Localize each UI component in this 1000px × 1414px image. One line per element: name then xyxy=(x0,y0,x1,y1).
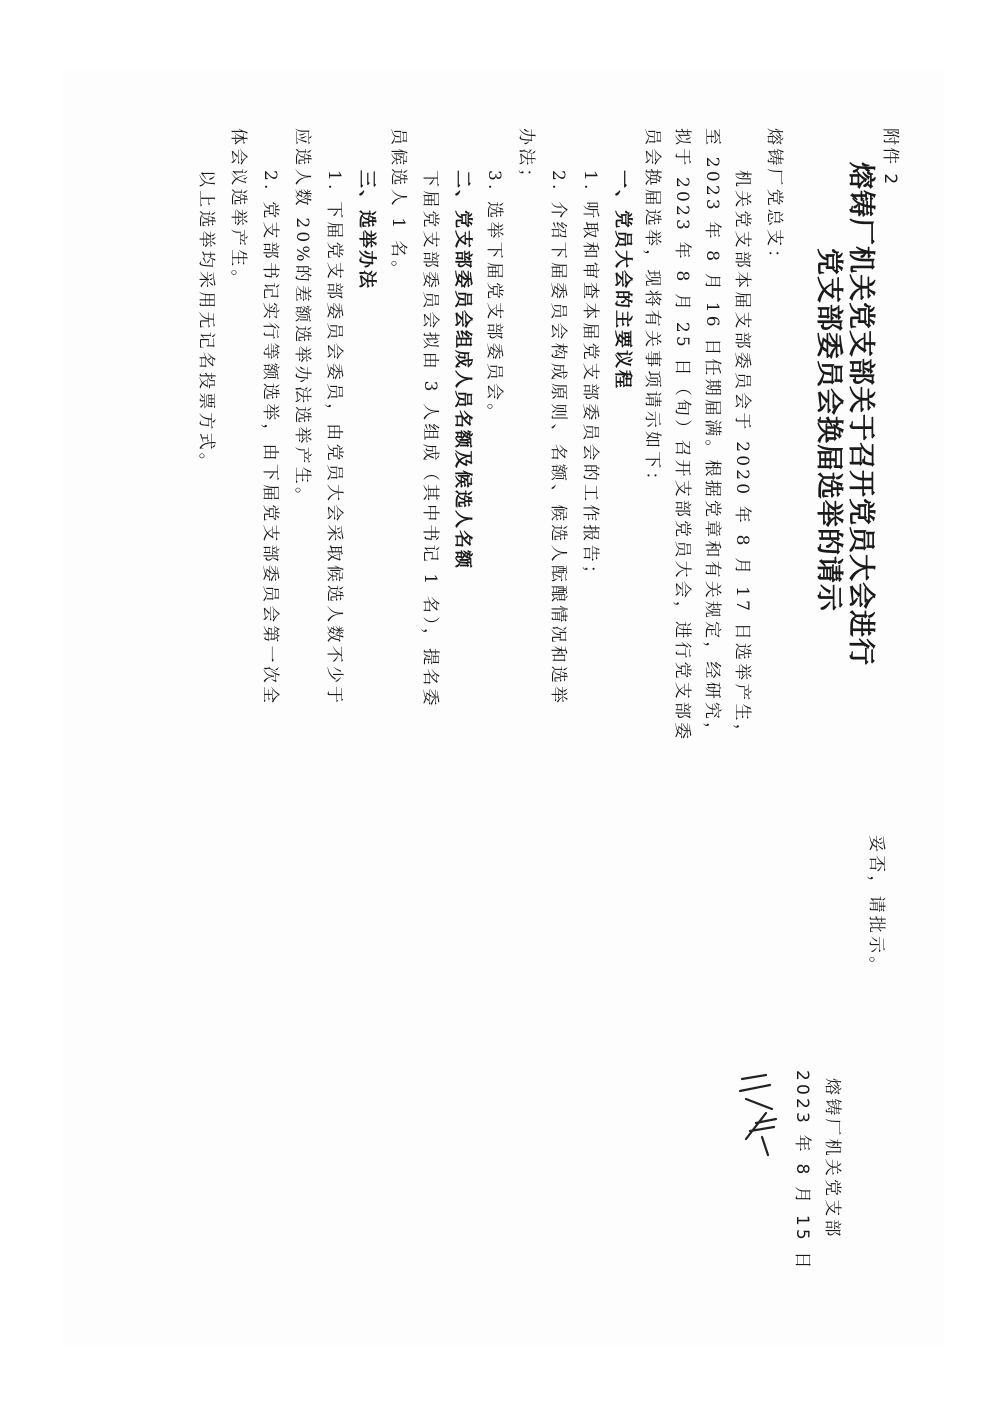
section-line: 下届党支部委员会拟由 3 人组成（其中书记 1 名），提名委 xyxy=(420,170,445,709)
section-line: 以上选举均采用无记名投票方式。 xyxy=(196,170,221,473)
intro-line: 至 2023 年 8 月 16 日任期届满。根据党章和有关规定，经研究， xyxy=(702,128,727,742)
attachment-label: 附件 2 xyxy=(880,128,905,186)
salutation: 熔铸厂党总支： xyxy=(764,128,789,269)
section-line: 办法； xyxy=(516,128,541,189)
intro-line: 机关党支部本届支部委员会于 2020 年 8 月 17 日选举产生， xyxy=(732,170,757,744)
section-line: 1. 听取和审查本届党支部委员会的工作报告； xyxy=(580,170,605,585)
section-line: 员候选人 1 名。 xyxy=(388,128,413,280)
section-heading-3: 三、选举办法 xyxy=(355,170,381,290)
intro-line: 员会换届选举，现将有关事项请示如下： xyxy=(642,128,667,492)
section-line: 2. 党支部书记实行等额选举，由下届党支部委员会第一次全 xyxy=(260,170,285,706)
section-heading-1: 一、党员大会的主要议程 xyxy=(611,170,637,390)
section-line: 应选人数 20%的差额选举办法选举产生。 xyxy=(292,128,317,507)
signature-icon xyxy=(736,1069,784,1159)
closing-text: 妥否，请批示。 xyxy=(866,835,891,976)
section-line: 3. 选举下届党支部委员会。 xyxy=(484,170,509,423)
document-title-line2: 党支部委员会换届选举的请示 xyxy=(812,248,851,612)
section-line: 2. 介绍下届委员会构成原则、名额、候选人酝酿情况和选举 xyxy=(548,170,573,706)
issue-date: 2023 年 8 月 15 日 xyxy=(792,1070,817,1272)
intro-line: 拟于 2023 年 8 月 25 日（旬）召开支部党员大会，进行党支部委 xyxy=(672,128,697,742)
issuer-name: 熔铸厂机关党支部 xyxy=(822,1078,847,1240)
section-line: 体会议选举产生。 xyxy=(228,128,253,290)
document-page: 附件 2 熔铸厂机关党支部关于召开党员大会进行 党支部委员会换届选举的请示 熔铸… xyxy=(63,70,945,1346)
section-heading-2: 二、党支部委员会组成人员名额及候选人名额 xyxy=(451,170,477,570)
section-line: 1. 下届党支部委员会委员，由党员大会采取候选人数不少于 xyxy=(324,170,349,706)
